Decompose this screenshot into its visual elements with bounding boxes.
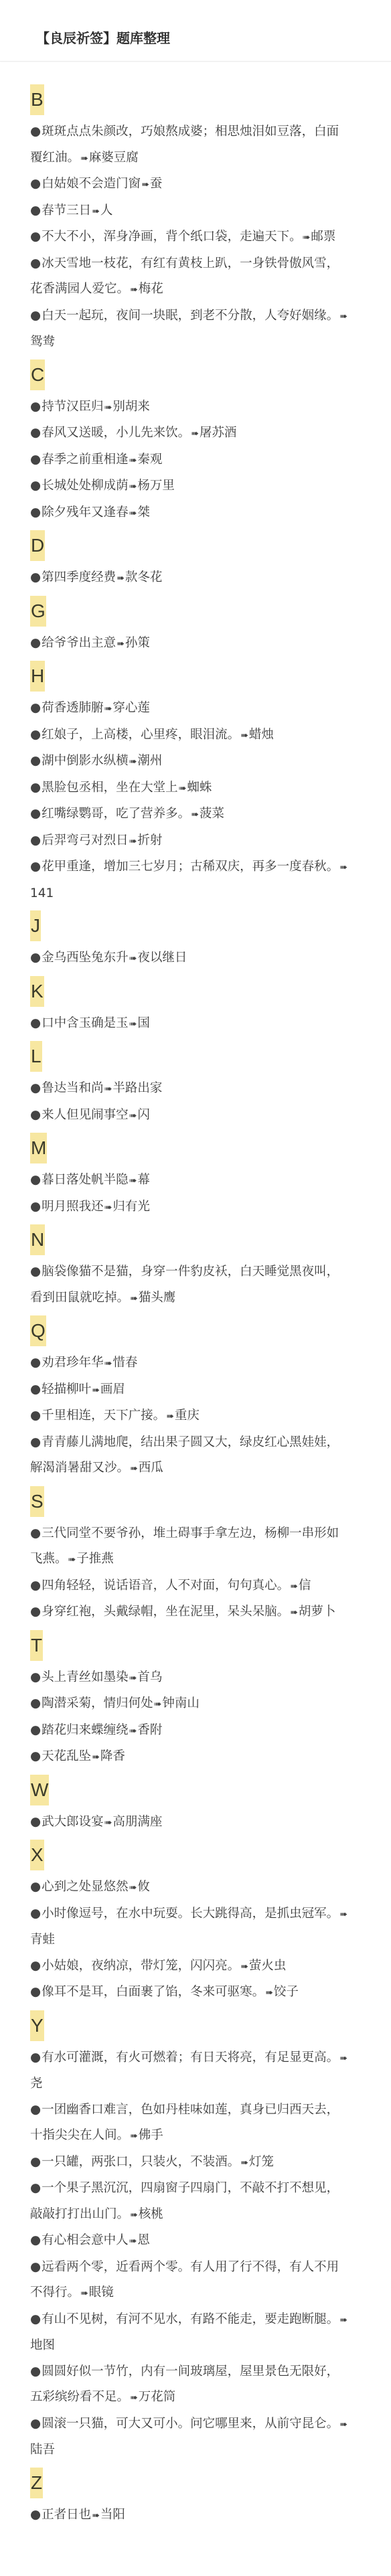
- arrow-right-icon: ➠: [339, 862, 347, 873]
- riddle-answer: 重庆: [175, 1408, 200, 1423]
- arrow-right-icon: ➠: [116, 639, 125, 649]
- letter-section-x: X ●心到之处显悠然➠攸●小时像逗号，在水中玩耍。长大跳得高，是抓虫冠军。➠青蛙…: [30, 1836, 351, 2006]
- arrow-right-icon: ➠: [129, 1726, 137, 1737]
- riddle-item: ●千里相连，天下广接。➠重庆: [30, 1403, 351, 1430]
- arrow-right-icon: ➠: [141, 179, 149, 190]
- riddle-text: 天花乱坠: [42, 1749, 91, 1763]
- riddle-text: 来人但见闹事空: [42, 1108, 129, 1122]
- section-items: ●三代同堂不要爷孙，堆土碍事手拿左边，杨柳一串形如飞燕。➠子推燕●四角轻轻，说话…: [30, 1521, 351, 1626]
- bullet-icon: ●: [30, 2364, 41, 2379]
- riddle-answer: 核桃: [139, 2207, 163, 2221]
- riddle-item: ●武大郎设宴➠高朋满座: [30, 1809, 351, 1836]
- letter-section-l: L ●鲁达当和尚➠半路出家●来人但见闹事空➠闪: [30, 1037, 351, 1129]
- bullet-icon: ●: [30, 2155, 41, 2169]
- letter-section-k: K ●口中含玉确是玉➠国: [30, 972, 351, 1038]
- riddle-answer: 菠菜: [200, 807, 224, 821]
- arrow-right-icon: ➠: [339, 2053, 347, 2064]
- riddle-text: 湖中倒影水纵横: [42, 754, 129, 768]
- riddle-item: ●红嘴绿鹦哥，吃了营养多。➠菠菜: [30, 801, 351, 828]
- bullet-icon: ●: [30, 1670, 41, 1684]
- riddle-item: ●轻描柳叶➠画眉: [30, 1377, 351, 1404]
- arrow-right-icon: ➠: [290, 1607, 298, 1618]
- bullet-icon: ●: [30, 1408, 41, 1423]
- riddle-answer: 蜘蛛: [187, 781, 212, 795]
- riddle-item: ●除夕残年又逢春➠桀: [30, 500, 351, 527]
- bullet-icon: ●: [30, 2417, 41, 2431]
- riddle-text: 持节汉臣归: [42, 400, 104, 414]
- riddle-text: 不大不小，浑身净画，背个纸口袋，走遍天下。: [42, 230, 302, 244]
- riddle-answer: 眼镜: [89, 2285, 114, 2300]
- bullet-icon: ●: [30, 1200, 41, 1214]
- riddle-text: 身穿红袍，头戴绿帽，坐在泥里，呆头呆脑。: [42, 1605, 289, 1619]
- riddle-text: 头上青丝如墨染: [42, 1670, 129, 1684]
- riddle-item: ●身穿红袍，头戴绿帽，坐在泥里，呆头呆脑。➠胡萝卜: [30, 1599, 351, 1626]
- section-items: ●给爷爷出主意➠孙策: [30, 631, 351, 657]
- bullet-icon: ●: [30, 505, 41, 519]
- riddle-answer: 首乌: [137, 1670, 162, 1684]
- riddle-item: ●四角轻轻，说话语音，人不对面，句句真心。➠信: [30, 1573, 351, 1600]
- bullet-icon: ●: [30, 833, 41, 848]
- bullet-icon: ●: [30, 1815, 41, 1829]
- riddle-text: 青青藤儿满地爬，结出果子圆又大，绿皮红心黑娃娃，解渴消暑甜又沙。: [30, 1435, 339, 1475]
- riddle-text: 第四季度经费: [42, 570, 116, 584]
- arrow-right-icon: ➠: [129, 455, 137, 466]
- riddle-text: 冰天雪地一枝花，有红有黄枝上趴，一身铁骨傲风雪，花香满园人爱它。: [30, 256, 339, 297]
- letter-section-w: W ●武大郎设宴➠高朋满座: [30, 1771, 351, 1836]
- section-items: ●武大郎设宴➠高朋满座: [30, 1809, 351, 1836]
- riddle-text: 鲁达当和尚: [42, 1081, 104, 1095]
- arrow-right-icon: ➠: [339, 2315, 347, 2326]
- bullet-icon: ●: [30, 1723, 41, 1737]
- bullet-icon: ●: [30, 701, 41, 715]
- bullet-icon: ●: [30, 453, 41, 467]
- riddle-answer: 万花筒: [139, 2390, 176, 2404]
- arrow-right-icon: ➠: [130, 285, 138, 295]
- riddle-item: ●圆圆好似一节竹，内有一间玻璃屋，屋里景色无限好，五彩缤纷看不足。➠万花筒: [30, 2359, 351, 2411]
- bullet-icon: ●: [30, 1579, 41, 1593]
- riddle-answer: 饺子: [274, 1985, 299, 1999]
- riddle-answer: 灯笼: [249, 2155, 274, 2169]
- bullet-icon: ●: [30, 177, 41, 191]
- riddle-answer: 归有光: [112, 1200, 150, 1214]
- riddle-text: 有心相会意中人: [42, 2233, 129, 2247]
- bullet-icon: ●: [30, 400, 41, 414]
- riddle-answer: 猫头鹰: [139, 1291, 176, 1305]
- riddle-item: ●心到之处显悠然➠攸: [30, 1874, 351, 1901]
- arrow-right-icon: ➠: [166, 1411, 174, 1422]
- arrow-right-icon: ➠: [129, 1673, 137, 1684]
- section-letter: G: [30, 596, 46, 627]
- riddle-answer: 半路出家: [112, 1081, 162, 1095]
- riddle-item: ●圆滚一只猫，可大又可小。问它哪里来，从前守昆仑。➠陆吾: [30, 2411, 351, 2464]
- arrow-right-icon: ➠: [339, 1909, 347, 1920]
- arrow-right-icon: ➠: [240, 2158, 248, 2168]
- bullet-icon: ●: [30, 426, 41, 440]
- arrow-right-icon: ➠: [129, 836, 137, 847]
- riddle-item: ●红娘子，上高楼，心里疼，眼泪流。➠蜡烛: [30, 722, 351, 749]
- riddle-text: 圆圆好似一节竹，内有一间玻璃屋，屋里景色无限好，五彩缤纷看不足。: [30, 2364, 339, 2405]
- riddle-text: 有山不见树，有河不见水，有路不能走，要走跑断腿。: [42, 2312, 339, 2326]
- riddle-answer: 胡萝卜: [299, 1605, 336, 1619]
- riddle-item: ●给爷爷出主意➠孙策: [30, 631, 351, 657]
- section-letter: H: [30, 661, 45, 692]
- riddle-answer: 杨万里: [137, 479, 175, 493]
- arrow-right-icon: ➠: [290, 1581, 298, 1592]
- riddle-item: ●春节三日➠人: [30, 198, 351, 225]
- riddle-text: 白姑娘不会造门窗: [42, 177, 141, 191]
- riddle-item: ●有山不见树，有河不见水，有路不能走，要走跑断腿。➠地图: [30, 2307, 351, 2359]
- riddle-text: 脑袋像猫不是猫，身穿一件豹皮袄，白天睡觉黑夜叫，看到田鼠就吃掉。: [30, 1265, 339, 1305]
- arrow-right-icon: ➠: [104, 1084, 112, 1095]
- riddle-item: ●劝君珍年华➠惜春: [30, 1350, 351, 1377]
- riddle-item: ●一个果子黑沉沉，四扇窗子四扇门，不敲不打不想见，敲敲打打出山门。➠核桃: [30, 2176, 351, 2228]
- riddle-answer: 国: [137, 1016, 150, 1030]
- letter-section-j: J ●金乌西坠兔东升➠夜以继日: [30, 906, 351, 972]
- bullet-icon: ●: [30, 728, 41, 742]
- letter-section-b: B ●斑斑点点朱颜改，巧娘熬成婆；相思烛泪如豆落，白面覆红油。➠麻婆豆腐●白姑娘…: [30, 80, 351, 355]
- bullet-icon: ●: [30, 479, 41, 493]
- arrow-right-icon: ➠: [130, 2393, 138, 2403]
- riddle-text: 春季之前重相逢: [42, 453, 129, 467]
- bullet-icon: ●: [30, 1108, 41, 1122]
- bullet-icon: ●: [30, 1959, 41, 1973]
- riddle-item: ●像耳不是耳，白面裹了馅，冬来可驱寒。➠饺子: [30, 1980, 351, 2006]
- arrow-right-icon: ➠: [130, 2210, 138, 2221]
- arrow-right-icon: ➠: [68, 1554, 76, 1565]
- riddle-list: B ●斑斑点点朱颜改，巧娘熬成婆；相思烛泪如豆落，白面覆红油。➠麻婆豆腐●白姑娘…: [0, 62, 391, 2528]
- arrow-right-icon: ➠: [240, 730, 248, 741]
- letter-section-n: N ●脑袋像猫不是猫，身穿一件豹皮袄，白天睡觉黑夜叫，看到田鼠就吃掉。➠猫头鹰: [30, 1220, 351, 1311]
- bullet-icon: ●: [30, 2050, 41, 2065]
- riddle-answer: 穿心莲: [112, 701, 150, 715]
- arrow-right-icon: ➠: [179, 783, 187, 794]
- riddle-item: ●有心相会意中人➠恩: [30, 2228, 351, 2255]
- bullet-icon: ●: [30, 781, 41, 795]
- letter-section-q: Q ●劝君珍年华➠惜春●轻描柳叶➠画眉●千里相连，天下广接。➠重庆●青青藤儿满地…: [30, 1311, 351, 1482]
- riddle-text: 斑斑点点朱颜改，巧娘熬成婆；相思烛泪如豆落，白面覆红油。: [30, 125, 339, 165]
- page-header: 【良辰祈签】题库整理: [0, 0, 391, 62]
- arrow-right-icon: ➠: [130, 2131, 138, 2142]
- riddle-answer: 青蛙: [30, 1933, 55, 1947]
- riddle-text: 后羿弯弓对烈日: [42, 833, 129, 848]
- riddle-answer: 别胡来: [112, 400, 150, 414]
- riddle-text: 红嘴绿鹦哥，吃了营养多。: [42, 807, 190, 821]
- riddle-text: 红娘子，上高楼，心里疼，眼泪流。: [42, 728, 240, 742]
- riddle-item: ●口中含玉确是玉➠国: [30, 1011, 351, 1038]
- riddle-item: ●头上青丝如墨染➠首乌: [30, 1665, 351, 1692]
- riddle-text: 小姑娘，夜纳凉，带灯笼，闪闪亮。: [42, 1959, 240, 1973]
- riddle-answer: 信: [299, 1579, 311, 1593]
- bullet-icon: ●: [30, 1265, 41, 1279]
- section-letter: X: [30, 1840, 44, 1870]
- arrow-right-icon: ➠: [129, 1019, 137, 1030]
- arrow-right-icon: ➠: [240, 1961, 248, 1972]
- letter-section-s: S ●三代同堂不要爷孙，堆土碍事手拿左边，杨柳一串形如飞燕。➠子推燕●四角轻轻，…: [30, 1482, 351, 1626]
- riddle-answer: 141: [30, 886, 54, 900]
- riddle-answer: 惜春: [112, 1356, 137, 1370]
- riddle-answer: 尧: [30, 2077, 43, 2091]
- riddle-item: ●白姑娘不会造门窗➠蚕: [30, 171, 351, 198]
- arrow-right-icon: ➠: [129, 2236, 137, 2247]
- riddle-answer: 折射: [137, 833, 162, 848]
- riddle-text: 武大郎设宴: [42, 1815, 104, 1829]
- arrow-right-icon: ➠: [129, 508, 137, 519]
- riddle-item: ●暮日落处帆半隐➠幕: [30, 1168, 351, 1194]
- riddle-item: ●一只罐，两张口，只装火，不装酒。➠灯笼: [30, 2150, 351, 2176]
- riddle-answer: 恩: [137, 2233, 150, 2247]
- arrow-right-icon: ➠: [104, 402, 112, 413]
- riddle-item: ●有水可灌溉，有火可燃着；有日天将亮，有足显更高。➠尧: [30, 2045, 351, 2097]
- section-items: ●脑袋像猫不是猫，身穿一件豹皮袄，白天睡觉黑夜叫，看到田鼠就吃掉。➠猫头鹰: [30, 1259, 351, 1311]
- riddle-text: 轻描柳叶: [42, 1382, 91, 1396]
- riddle-item: ●青青藤儿满地爬，结出果子圆又大，绿皮红心黑娃娃，解渴消暑甜又沙。➠西瓜: [30, 1430, 351, 1482]
- riddle-item: ●春季之前重相逢➠秦观: [30, 447, 351, 474]
- section-letter: N: [30, 1224, 45, 1255]
- riddle-item: ●不大不小，浑身净画，背个纸口袋，走遍天下。➠邮票: [30, 224, 351, 251]
- riddle-text: 小时像逗号，在水中玩耍。长大跳得高，是抓虫冠军。: [42, 1907, 339, 1921]
- bullet-icon: ●: [30, 1173, 41, 1187]
- bullet-icon: ●: [30, 1016, 41, 1030]
- riddle-item: ●后羿弯弓对烈日➠折射: [30, 828, 351, 855]
- section-items: ●持节汉臣归➠别胡来●春风又送暖，小儿先来饮。➠屠苏酒●春季之前重相逢➠秦观●长…: [30, 394, 351, 527]
- riddle-answer: 子推燕: [76, 1552, 114, 1566]
- riddle-answer: 降香: [100, 1749, 125, 1763]
- riddle-answer: 钟南山: [162, 1696, 200, 1710]
- riddle-item: ●一团幽香口难言，色如丹桂味如莲，真身已归西天去，十指尖尖在人间。➠佛手: [30, 2097, 351, 2150]
- riddle-answer: 潮州: [137, 754, 162, 768]
- arrow-right-icon: ➠: [116, 573, 125, 584]
- arrow-right-icon: ➠: [104, 1358, 112, 1369]
- bullet-icon: ●: [30, 1382, 41, 1396]
- section-letter: B: [30, 84, 44, 115]
- riddle-text: 明月照我还: [42, 1200, 104, 1214]
- riddle-text: 暮日落处帆半隐: [42, 1173, 129, 1187]
- arrow-right-icon: ➠: [80, 2288, 88, 2299]
- riddle-item: ●第四季度经费➠款冬花: [30, 565, 351, 592]
- section-letter: J: [30, 910, 41, 941]
- riddle-text: 一个果子黑沉沉，四扇窗子四扇门，不敲不打不想见，敲敲打打出山门。: [30, 2181, 339, 2221]
- arrow-right-icon: ➠: [130, 1293, 138, 1304]
- bullet-icon: ●: [30, 636, 41, 650]
- riddle-answer: 桀: [137, 505, 150, 519]
- riddle-answer: 梅花: [139, 282, 163, 296]
- riddle-item: ●白天一起玩，夜间一块眠，到老不分散，人夸好姻缘。➠鸳鸯: [30, 303, 351, 355]
- section-letter: M: [30, 1133, 47, 1163]
- riddle-answer: 屠苏酒: [200, 426, 237, 440]
- arrow-right-icon: ➠: [129, 953, 137, 964]
- arrow-right-icon: ➠: [191, 428, 199, 439]
- bullet-icon: ●: [30, 1907, 41, 1921]
- riddle-text: 黑脸包丞相，坐在大堂上: [42, 781, 178, 795]
- arrow-right-icon: ➠: [92, 206, 100, 217]
- riddle-text: 春风又送暖，小儿先来饮。: [42, 426, 190, 440]
- section-letter: D: [30, 530, 45, 561]
- riddle-answer: 攸: [137, 1880, 150, 1894]
- riddle-item: ●斑斑点点朱颜改，巧娘熬成婆；相思烛泪如豆落，白面覆红油。➠麻婆豆腐: [30, 119, 351, 171]
- arrow-right-icon: ➠: [129, 1882, 137, 1893]
- bullet-icon: ●: [30, 2508, 41, 2522]
- bullet-icon: ●: [30, 204, 41, 218]
- arrow-right-icon: ➠: [130, 1463, 138, 1474]
- riddle-answer: 当阳: [100, 2508, 125, 2522]
- riddle-text: 四角轻轻，说话语音，人不对面，句句真心。: [42, 1579, 289, 1593]
- bullet-icon: ●: [30, 125, 41, 139]
- riddle-item: ●明月照我还➠归有光: [30, 1194, 351, 1221]
- bullet-icon: ●: [30, 2233, 41, 2247]
- bullet-icon: ●: [30, 2181, 41, 2195]
- bullet-icon: ●: [30, 570, 41, 584]
- arrow-right-icon: ➠: [104, 1818, 112, 1828]
- section-items: ●口中含玉确是玉➠国: [30, 1011, 351, 1038]
- section-letter: C: [30, 359, 45, 390]
- bullet-icon: ●: [30, 1526, 41, 1540]
- bullet-icon: ●: [30, 951, 41, 965]
- section-items: ●荷香透肺腑➠穿心莲●红娘子，上高楼，心里疼，眼泪流。➠蜡烛●湖中倒影水纵横➠潮…: [30, 696, 351, 906]
- riddle-answer: 鸳鸯: [30, 335, 55, 349]
- bullet-icon: ●: [30, 1880, 41, 1894]
- letter-section-g: G ●给爷爷出主意➠孙策: [30, 592, 351, 657]
- riddle-text: 春节三日: [42, 204, 91, 218]
- riddle-item: ●小姑娘，夜纳凉，带灯笼，闪闪亮。➠萤火虫: [30, 1953, 351, 1980]
- riddle-item: ●持节汉臣归➠别胡来: [30, 394, 351, 421]
- bullet-icon: ●: [30, 1696, 41, 1710]
- riddle-item: ●脑袋像猫不是猫，身穿一件豹皮袄，白天睡觉黑夜叫，看到田鼠就吃掉。➠猫头鹰: [30, 1259, 351, 1311]
- arrow-right-icon: ➠: [104, 1202, 112, 1213]
- riddle-answer: 西瓜: [139, 1461, 163, 1475]
- letter-section-h: H ●荷香透肺腑➠穿心莲●红娘子，上高楼，心里疼，眼泪流。➠蜡烛●湖中倒影水纵横…: [30, 657, 351, 906]
- section-items: ●头上青丝如墨染➠首乌●陶潜采菊，情归何处➠钟南山●踏花归来蝶缠绕➠香附●天花乱…: [30, 1665, 351, 1771]
- section-letter: Z: [30, 2468, 43, 2498]
- arrow-right-icon: ➠: [265, 1988, 273, 1998]
- riddle-item: ●冰天雪地一枝花，有红有黄枝上趴，一身铁骨傲风雪，花香满园人爱它。➠梅花: [30, 251, 351, 303]
- bullet-icon: ●: [30, 1605, 41, 1619]
- riddle-text: 正者日也: [42, 2508, 91, 2522]
- section-items: ●劝君珍年华➠惜春●轻描柳叶➠画眉●千里相连，天下广接。➠重庆●青青藤儿满地爬，…: [30, 1350, 351, 1482]
- arrow-right-icon: ➠: [80, 153, 88, 164]
- riddle-answer: 麻婆豆腐: [89, 151, 139, 165]
- arrow-right-icon: ➠: [92, 1385, 100, 1396]
- riddle-text: 有水可灌溉，有火可燃着；有日天将亮，有足显更高。: [42, 2050, 339, 2065]
- section-letter: S: [30, 1486, 44, 1517]
- section-items: ●金乌西坠兔东升➠夜以继日: [30, 945, 351, 972]
- bullet-icon: ●: [30, 2260, 41, 2274]
- riddle-text: 除夕残年又逢春: [42, 505, 129, 519]
- arrow-right-icon: ➠: [129, 1176, 137, 1186]
- section-letter: Y: [30, 2010, 44, 2041]
- riddle-item: ●黑脸包丞相，坐在大堂上➠蜘蛛: [30, 775, 351, 802]
- riddle-text: 花甲重逢，增加三七岁月；古稀双庆，再多一度春秋。: [42, 860, 339, 874]
- riddle-answer: 高朋满座: [112, 1815, 162, 1829]
- riddle-answer: 画眉: [100, 1382, 125, 1396]
- riddle-item: ●踏花归来蝶缠绕➠香附: [30, 1718, 351, 1745]
- riddle-text: 荷香透肺腑: [42, 701, 104, 715]
- arrow-right-icon: ➠: [129, 481, 137, 492]
- section-items: ●心到之处显悠然➠攸●小时像逗号，在水中玩耍。长大跳得高，是抓虫冠军。➠青蛙●小…: [30, 1874, 351, 2006]
- bullet-icon: ●: [30, 1749, 41, 1763]
- riddle-item: ●三代同堂不要爷孙，堆土碍事手拿左边，杨柳一串形如飞燕。➠子推燕: [30, 1521, 351, 1573]
- letter-section-m: M ●暮日落处帆半隐➠幕●明月照我还➠归有光: [30, 1129, 351, 1220]
- arrow-right-icon: ➠: [303, 232, 311, 243]
- section-items: ●第四季度经费➠款冬花: [30, 565, 351, 592]
- bullet-icon: ●: [30, 1356, 41, 1370]
- letter-section-d: D ●第四季度经费➠款冬花: [30, 526, 351, 592]
- section-letter: K: [30, 976, 44, 1007]
- riddle-text: 金乌西坠兔东升: [42, 951, 129, 965]
- riddle-item: ●来人但见闹事空➠闪: [30, 1103, 351, 1129]
- riddle-answer: 萤火虫: [249, 1959, 287, 1973]
- riddle-answer: 闪: [137, 1108, 150, 1122]
- riddle-text: 千里相连，天下广接。: [42, 1408, 165, 1423]
- riddle-answer: 孙策: [125, 636, 150, 650]
- bullet-icon: ●: [30, 2312, 41, 2326]
- riddle-item: ●小时像逗号，在水中玩耍。长大跳得高，是抓虫冠军。➠青蛙: [30, 1901, 351, 1953]
- riddle-answer: 地图: [30, 2338, 55, 2352]
- riddle-text: 口中含玉确是玉: [42, 1016, 129, 1030]
- letter-section-t: T ●头上青丝如墨染➠首乌●陶潜采菊，情归何处➠钟南山●踏花归来蝶缠绕➠香附●天…: [30, 1626, 351, 1771]
- riddle-text: 远看两个零，近看两个零。有人用了行不得，有人不用不得行。: [30, 2260, 339, 2300]
- section-letter: L: [30, 1041, 42, 1072]
- bullet-icon: ●: [30, 256, 41, 270]
- riddle-text: 陶潜采菊，情归何处: [42, 1696, 153, 1710]
- riddle-item: ●鲁达当和尚➠半路出家: [30, 1076, 351, 1103]
- riddle-item: ●天花乱坠➠降香: [30, 1744, 351, 1771]
- section-items: ●有水可灌溉，有火可燃着；有日天将亮，有足显更高。➠尧●一团幽香口难言，色如丹桂…: [30, 2045, 351, 2464]
- riddle-text: 给爷爷出主意: [42, 636, 116, 650]
- page-title: 【良辰祈签】题库整理: [36, 29, 391, 47]
- riddle-answer: 夜以继日: [137, 951, 187, 965]
- section-letter: T: [30, 1630, 43, 1661]
- riddle-answer: 佛手: [139, 2128, 163, 2142]
- riddle-text: 踏花归来蝶缠绕: [42, 1723, 129, 1737]
- riddle-text: 一只罐，两张口，只装火，不装酒。: [42, 2155, 240, 2169]
- riddle-answer: 邮票: [311, 230, 335, 244]
- letter-section-z: Z ●正者日也➠当阳: [30, 2464, 351, 2529]
- riddle-text: 白天一起玩，夜间一块眠，到老不分散，人夸好姻缘。: [42, 309, 339, 323]
- arrow-right-icon: ➠: [104, 704, 112, 714]
- arrow-right-icon: ➠: [129, 756, 137, 767]
- riddle-item: ●长城处处柳成荫➠杨万里: [30, 473, 351, 500]
- riddle-answer: 香附: [137, 1723, 162, 1737]
- riddle-text: 劝君珍年华: [42, 1356, 104, 1370]
- riddle-answer: 款冬花: [125, 570, 163, 584]
- arrow-right-icon: ➠: [191, 809, 199, 820]
- bullet-icon: ●: [30, 860, 41, 874]
- bullet-icon: ●: [30, 1435, 41, 1449]
- bullet-icon: ●: [30, 807, 41, 821]
- bullet-icon: ●: [30, 309, 41, 323]
- arrow-right-icon: ➠: [339, 311, 347, 322]
- riddle-item: ●陶潜采菊，情归何处➠钟南山: [30, 1691, 351, 1718]
- riddle-text: 长城处处柳成荫: [42, 479, 129, 493]
- riddle-item: ●湖中倒影水纵横➠潮州: [30, 748, 351, 775]
- section-letter: Q: [30, 1315, 46, 1346]
- riddle-item: ●远看两个零，近看两个零。有人用了行不得，有人不用不得行。➠眼镜: [30, 2255, 351, 2307]
- riddle-text: 心到之处显悠然: [42, 1880, 129, 1894]
- riddle-text: 一团幽香口难言，色如丹桂味如莲，真身已归西天去，十指尖尖在人间。: [30, 2103, 339, 2143]
- bullet-icon: ●: [30, 230, 41, 244]
- section-items: ●斑斑点点朱颜改，巧娘熬成婆；相思烛泪如豆落，白面覆红油。➠麻婆豆腐●白姑娘不会…: [30, 119, 351, 355]
- riddle-answer: 陆吾: [30, 2443, 55, 2457]
- riddle-item: ●金乌西坠兔东升➠夜以继日: [30, 945, 351, 972]
- riddle-answer: 蚕: [150, 177, 163, 191]
- arrow-right-icon: ➠: [339, 2419, 347, 2430]
- section-items: ●暮日落处帆半隐➠幕●明月照我还➠归有光: [30, 1168, 351, 1220]
- riddle-text: 圆滚一只猫，可大又可小。问它哪里来，从前守昆仑。: [42, 2417, 339, 2431]
- arrow-right-icon: ➠: [129, 1111, 137, 1121]
- bullet-icon: ●: [30, 2103, 41, 2117]
- letter-section-c: C ●持节汉臣归➠别胡来●春风又送暖，小儿先来饮。➠屠苏酒●春季之前重相逢➠秦观…: [30, 355, 351, 527]
- bullet-icon: ●: [30, 754, 41, 768]
